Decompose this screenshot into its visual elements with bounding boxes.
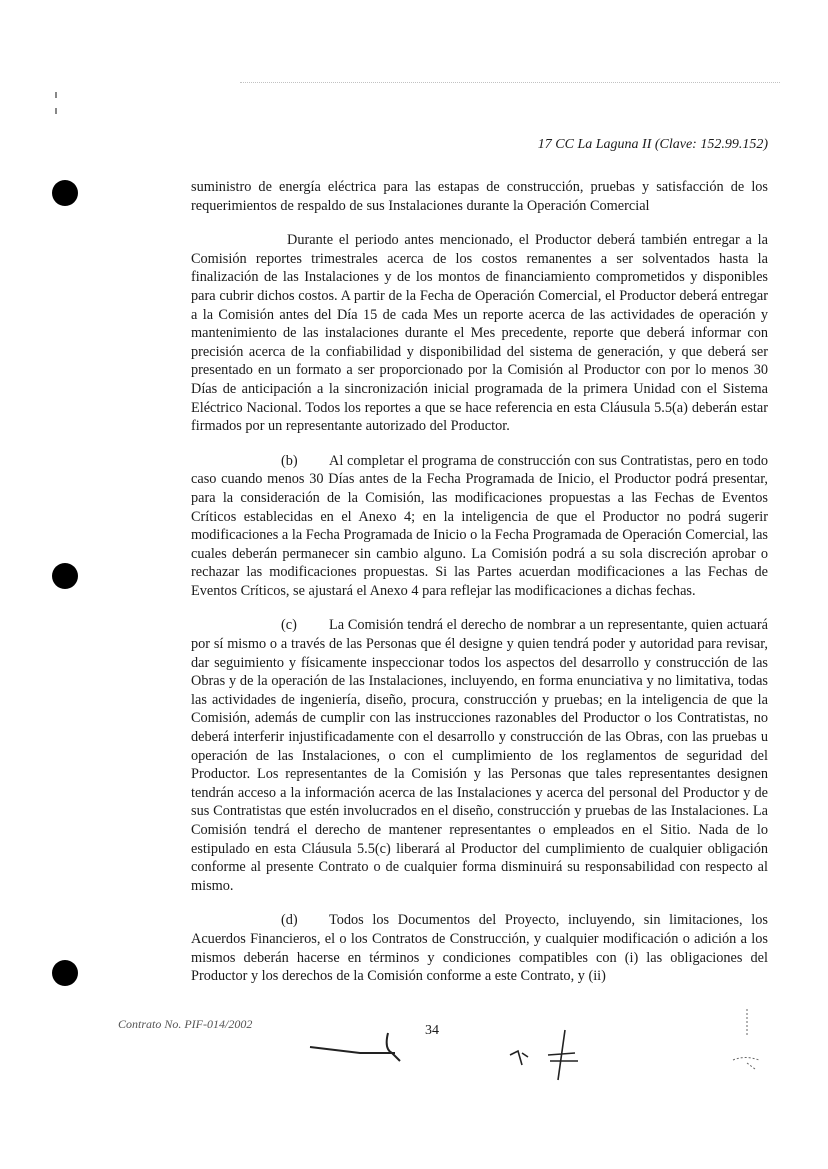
page-number: 34 xyxy=(425,1023,439,1039)
footer-contract-number: Contrato No. PIF-014/2002 xyxy=(118,1017,252,1032)
margin-mark xyxy=(55,108,57,114)
paragraph-b: (b)Al completar el programa de construcc… xyxy=(191,452,768,601)
signature-mark xyxy=(300,1025,410,1065)
punch-hole xyxy=(52,180,78,206)
clause-text: La Comisión tendrá el derecho de nombrar… xyxy=(191,617,768,893)
paragraph-continuation: suministro de energía eléctrica para las… xyxy=(191,178,768,215)
clause-label: (d) xyxy=(281,911,329,930)
punch-hole xyxy=(52,960,78,986)
paragraph-a-continued: Durante el periodo antes mencionado, el … xyxy=(191,231,768,436)
clause-label: (b) xyxy=(281,452,329,471)
paragraph-d: (d)Todos los Documentos del Proyecto, in… xyxy=(191,911,768,985)
clause-text: Todos los Documentos del Proyecto, inclu… xyxy=(191,912,768,984)
punch-hole xyxy=(52,563,78,589)
clause-label: (c) xyxy=(281,616,329,635)
document-body: suministro de energía eléctrica para las… xyxy=(191,178,768,1002)
clause-text: Al completar el programa de construcción… xyxy=(191,453,768,599)
signature-mark xyxy=(500,1025,590,1085)
margin-mark xyxy=(55,92,57,98)
signature-mark xyxy=(725,1005,765,1075)
paragraph-c: (c)La Comisión tendrá el derecho de nomb… xyxy=(191,616,768,895)
header-reference: 17 CC La Laguna II (Clave: 152.99.152) xyxy=(538,137,768,153)
scan-noise xyxy=(240,82,780,91)
